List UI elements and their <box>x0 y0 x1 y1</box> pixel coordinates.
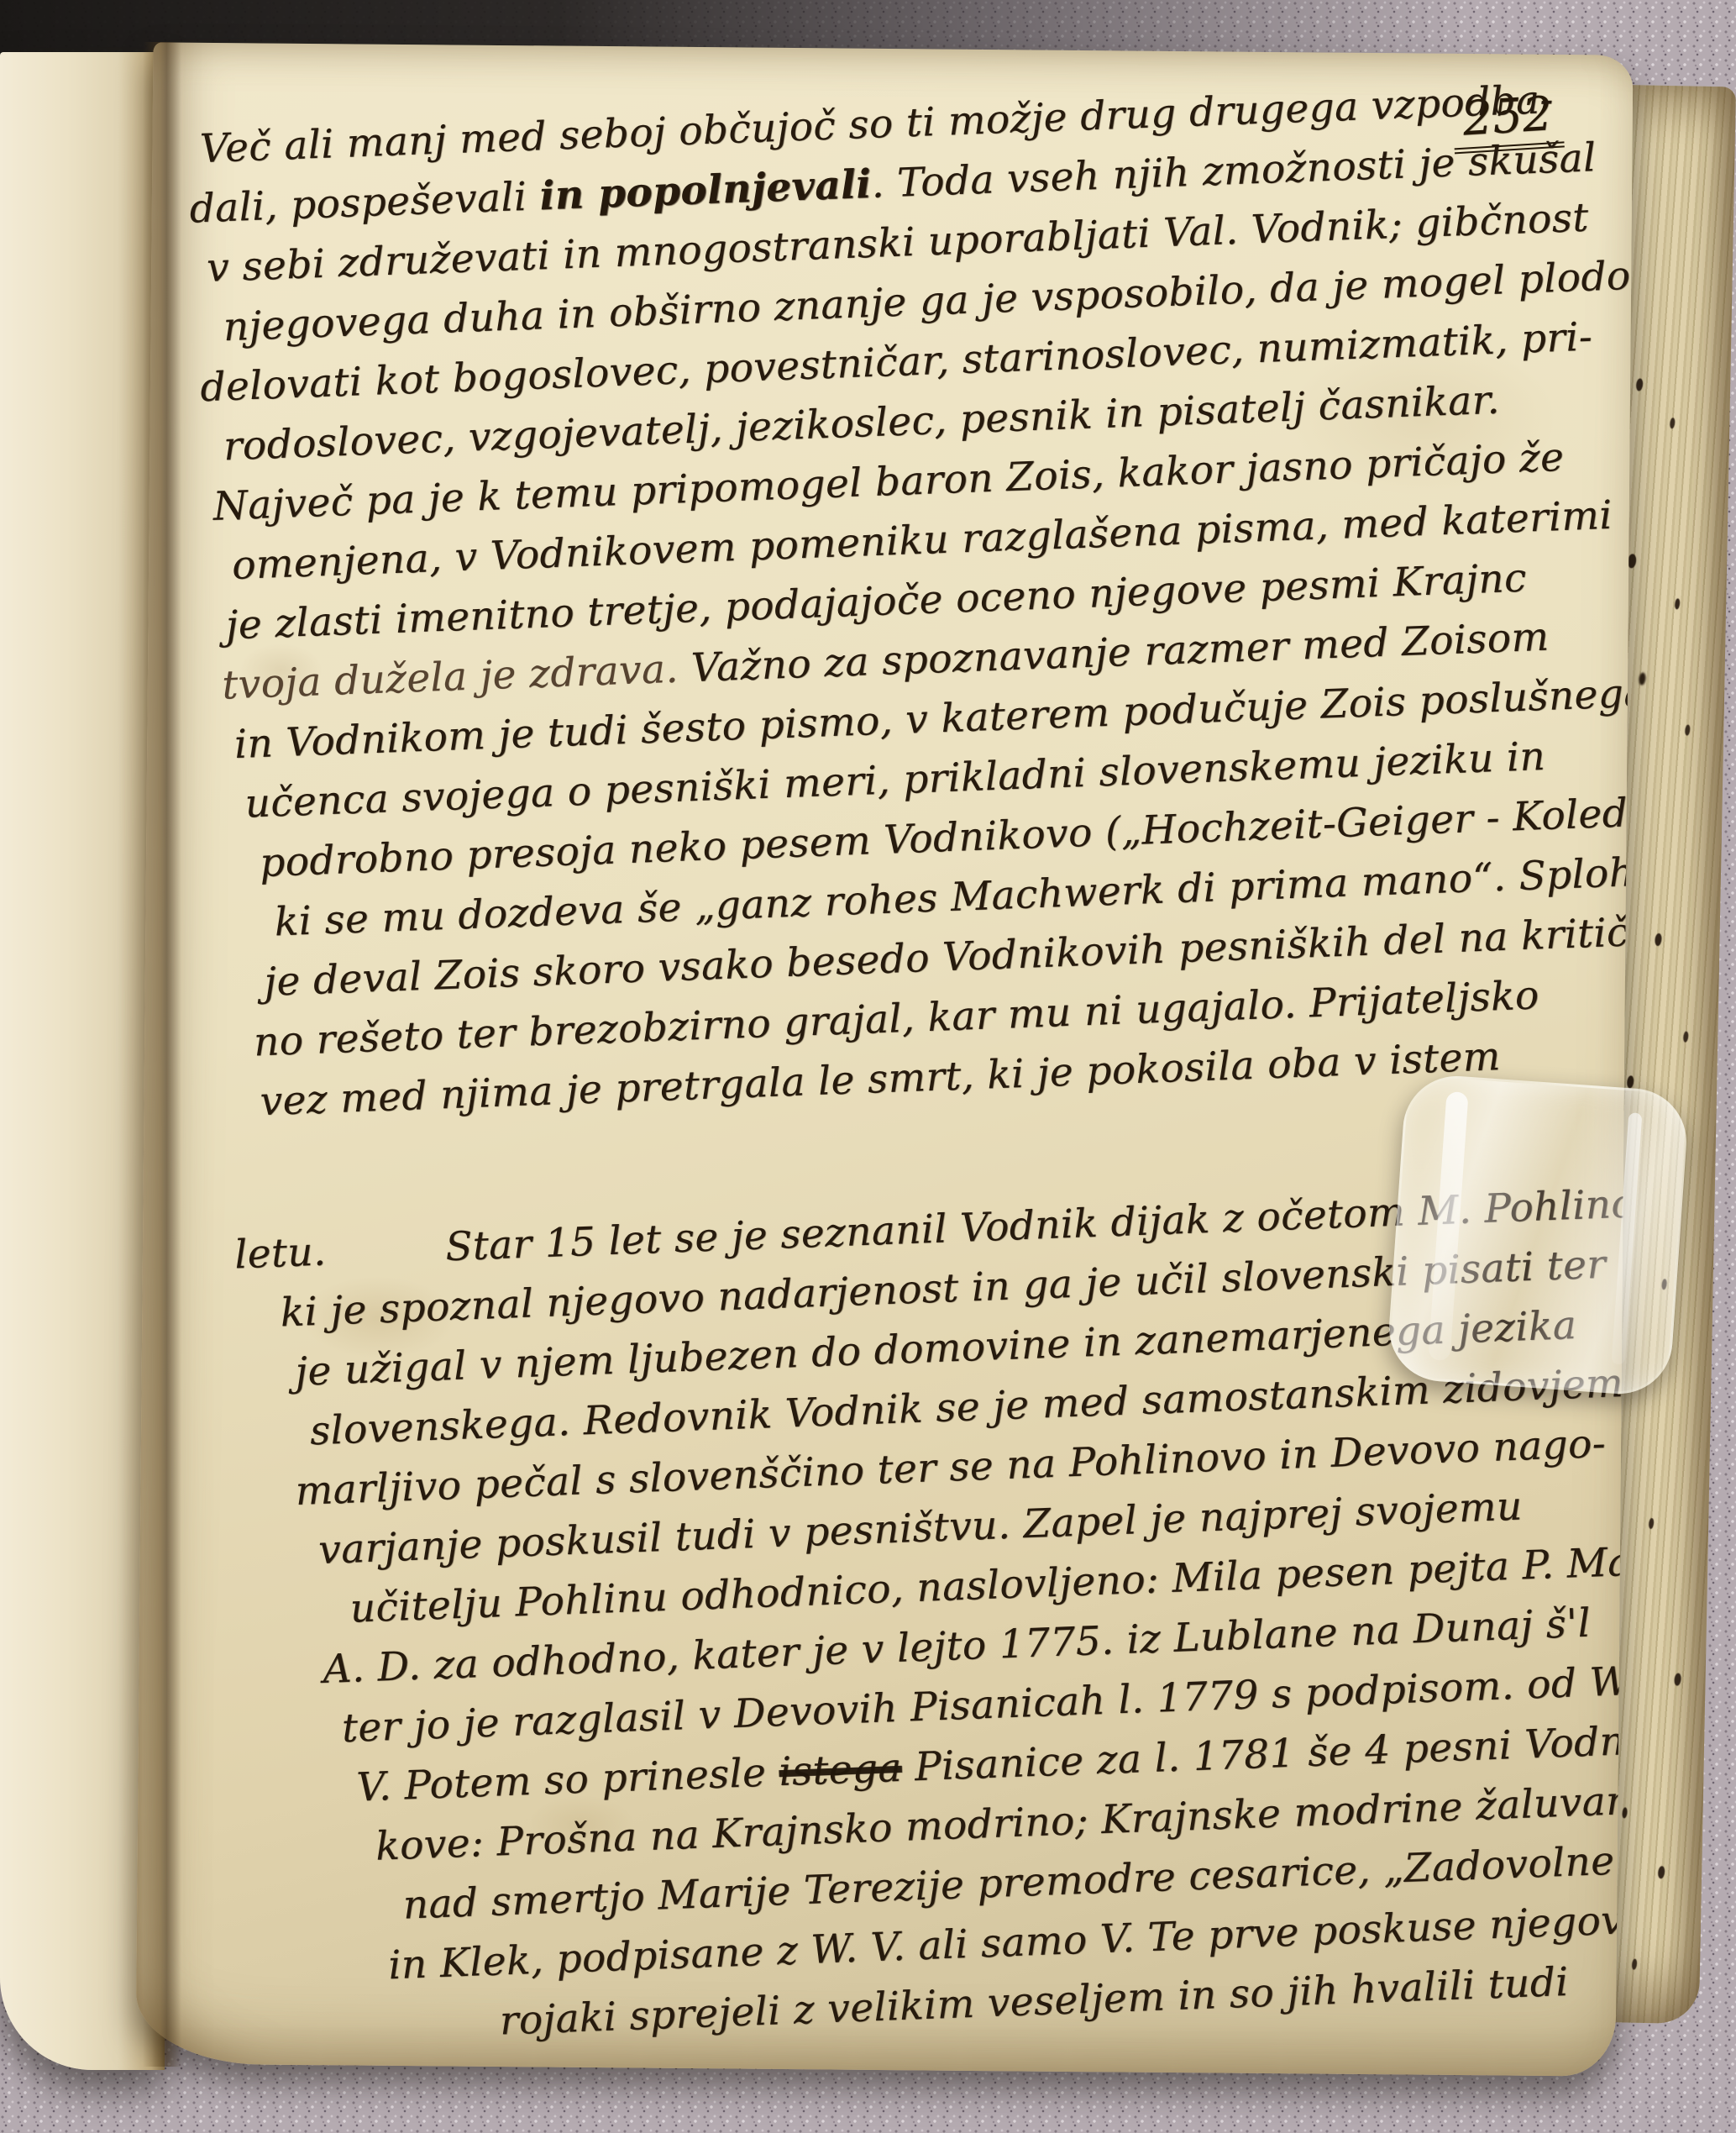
transparent-page-clip <box>1386 1073 1691 1398</box>
manuscript-page: 252 Več ali manj med seboj občujoč so ti… <box>136 42 1634 2076</box>
handwritten-text: Več ali manj med seboj občujoč so ti mož… <box>186 66 1634 2060</box>
text-segment: V. Potem so prinesle <box>356 1749 780 1810</box>
photo-scene: 252 Več ali manj med seboj občujoč so ti… <box>0 0 1736 2133</box>
struck-word: istega <box>778 1745 902 1795</box>
text-segment: tvoja dužela je zdrava. <box>221 646 679 709</box>
book-gutter <box>143 42 181 2067</box>
text-segment: in popolnjevali <box>539 161 873 219</box>
book: 252 Več ali manj med seboj občujoč so ti… <box>0 42 1736 2073</box>
text-segment: dali, pospeševali <box>189 173 541 232</box>
